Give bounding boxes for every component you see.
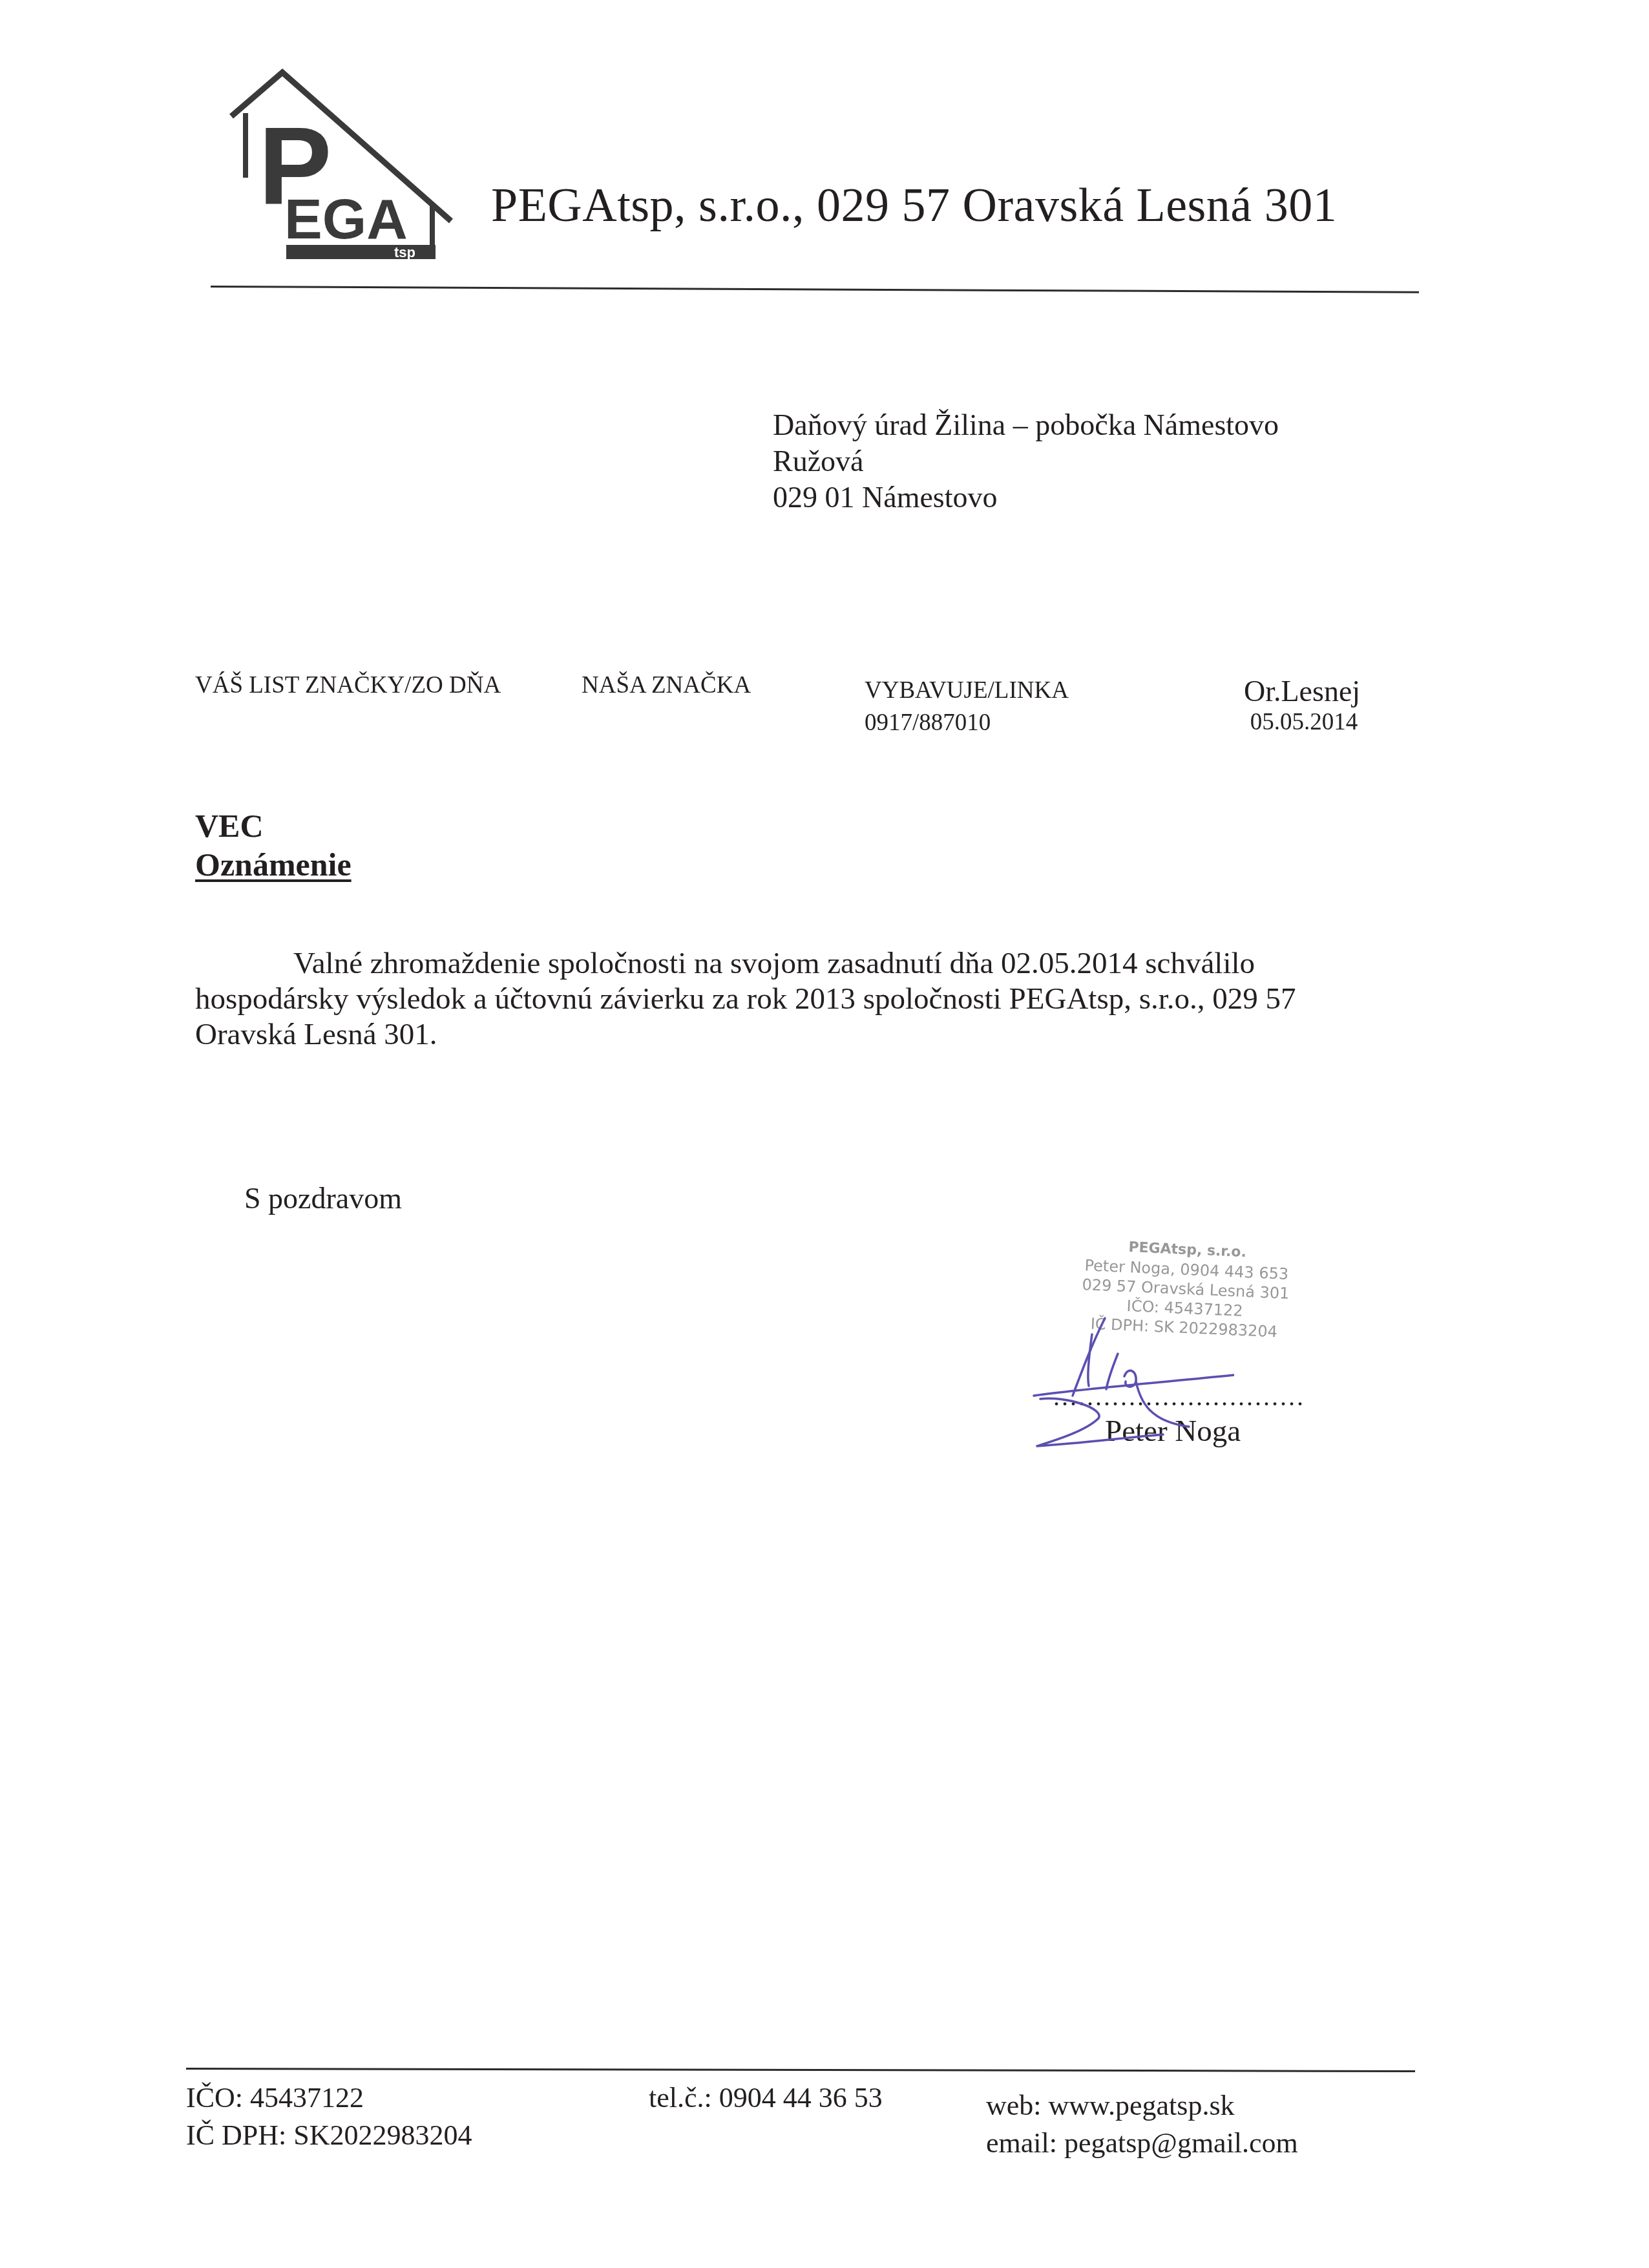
place: Or.Lesnej (1244, 675, 1360, 708)
footer-phone: tel.č.: 0904 44 36 53 (649, 2079, 883, 2117)
closing-greeting: S pozdravom (244, 1181, 402, 1215)
body-paragraph: Valné zhromaždenie spoločnosti na svojom… (195, 946, 1410, 1053)
footer-registration: IČO: 45437122 IČ DPH: SK2022983204 (186, 2079, 472, 2154)
subject-block: VEC Oznámenie (195, 806, 352, 884)
body-line: Valné zhromaždenie spoločnosti na svojom… (195, 946, 1410, 982)
recipient-line: Ružová (773, 443, 1279, 479)
footer-web[interactable]: web: www.pegatsp.sk (986, 2087, 1298, 2125)
footer-email[interactable]: email: pegatsp@gmail.com (986, 2125, 1298, 2162)
date: 05.05.2014 (1244, 708, 1360, 737)
footer-ic-dph: IČ DPH: SK2022983204 (186, 2117, 472, 2154)
footer-ico: IČO: 45437122 (186, 2079, 472, 2117)
place-date-block: Or.Lesnej 05.05.2014 (1244, 675, 1360, 737)
recipient-address: Daňový úrad Žilina – pobočka Námestovo R… (773, 407, 1279, 516)
logo-letters-ega: EGA (284, 187, 408, 251)
company-logo: P EGA tsp (220, 68, 465, 268)
handled-by-label: VYBAVUJE/LINKA (865, 675, 1069, 707)
handled-by-block: VYBAVUJE/LINKA 0917/887010 (865, 675, 1069, 739)
footer-contact: web: www.pegatsp.sk email: pegatsp@gmail… (986, 2087, 1298, 2162)
footer-divider (186, 2068, 1415, 2072)
body-line: hospodársky výsledok a účtovnú závierku … (195, 982, 1410, 1017)
recipient-line: 029 01 Námestovo (773, 479, 1279, 516)
handled-by-value: 0917/887010 (865, 707, 1069, 739)
body-line: Oravská Lesná 301. (195, 1017, 1410, 1053)
subject-label: VEC (195, 806, 352, 845)
header-divider (211, 286, 1419, 293)
your-letter-label: VÁŠ LIST ZNAČKY/ZO DŇA (195, 669, 501, 702)
our-ref-label: NAŠA ZNAČKA (582, 669, 751, 702)
handwritten-signature-icon (1027, 1305, 1234, 1447)
subject-title: Oznámenie (195, 845, 352, 884)
company-header-line: PEGAtsp, s.r.o., 029 57 Oravská Lesná 30… (491, 178, 1337, 233)
logo-sub: tsp (394, 244, 415, 260)
recipient-line: Daňový úrad Žilina – pobočka Námestovo (773, 407, 1279, 443)
